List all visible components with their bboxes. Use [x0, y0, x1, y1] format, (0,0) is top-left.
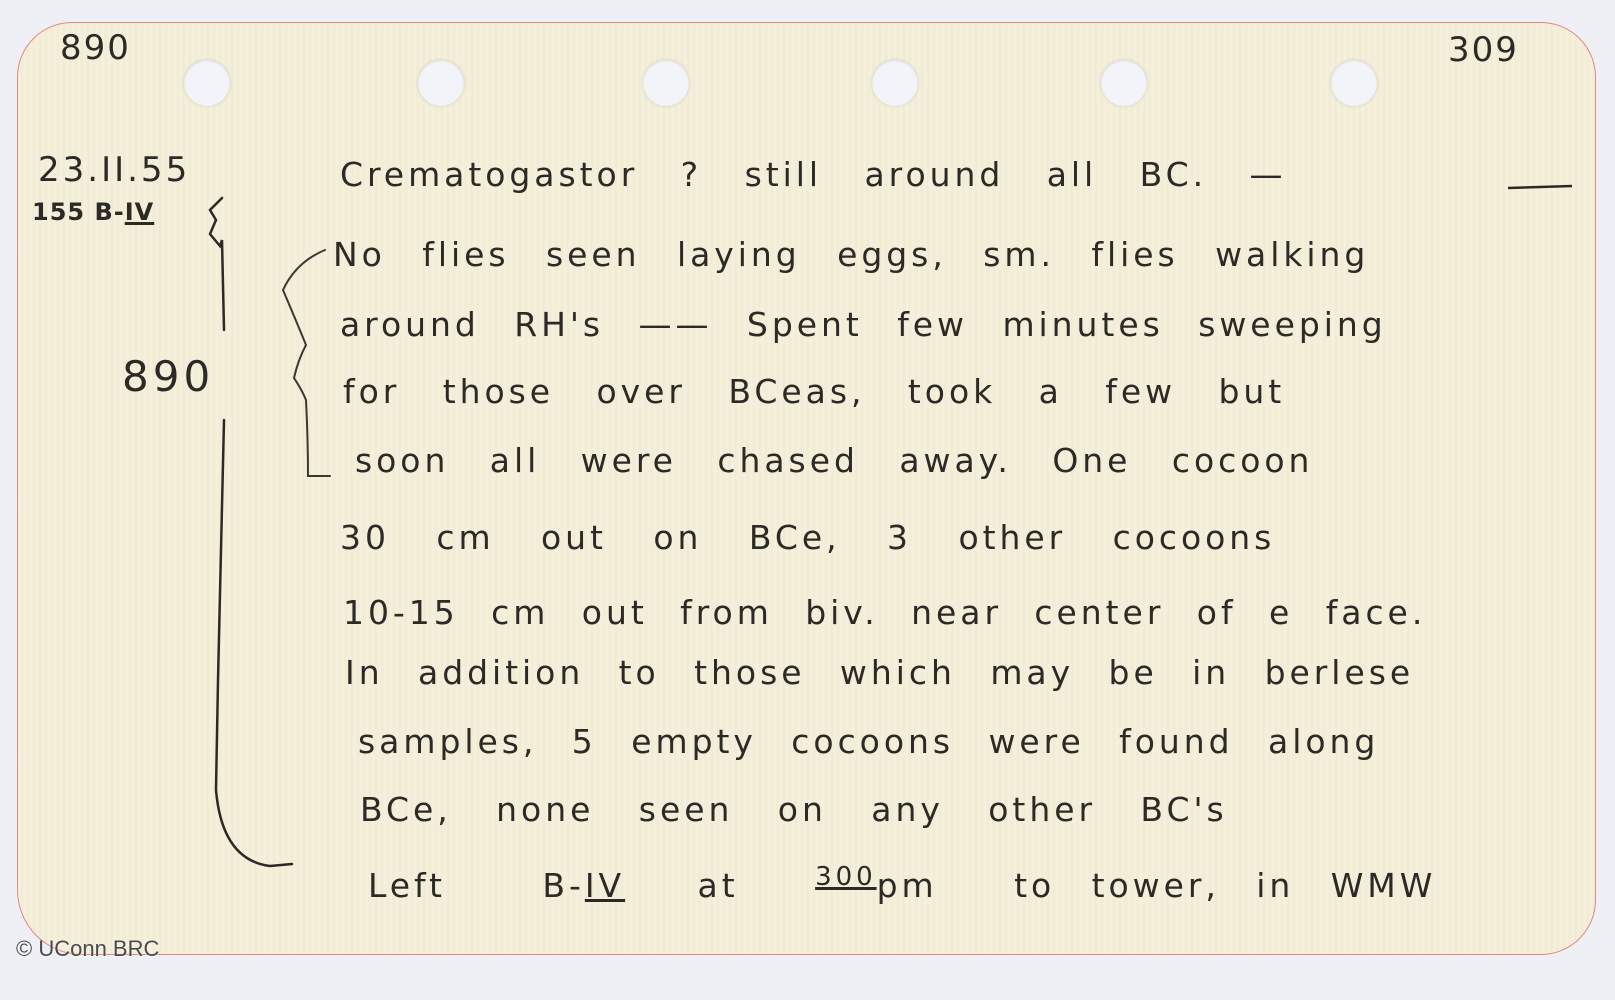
note-line-1: Crematogastor ? still around all BC. — — [340, 155, 1287, 194]
note-line-9: samples, 5 empty cocoons were found alon… — [358, 722, 1379, 761]
last-line-pm: pm — [877, 866, 938, 905]
last-line-rest: to tower, in WMW — [1014, 866, 1436, 905]
last-line-left: Left — [368, 866, 446, 905]
note-line-2: No flies seen laying eggs, sm. flies wal… — [333, 235, 1369, 274]
note-line-3: around RH's —— Spent few minutes sweepin… — [340, 305, 1387, 344]
last-line-station-roman: IV — [585, 866, 625, 905]
note-line-8: In addition to those which may be in ber… — [345, 653, 1414, 692]
note-line-11: Left B-IV at 300pm to tower, in WMW — [368, 862, 1436, 905]
note-line-5: soon all were chased away. One cocoon — [355, 441, 1313, 480]
note-line-6: 30 cm out on BCe, 3 other cocoons — [340, 518, 1275, 557]
last-line-time: 300 — [815, 862, 877, 892]
note-line-7: 10-15 cm out from biv. near center of e … — [343, 593, 1426, 632]
last-line-station: B- — [542, 866, 584, 905]
bracket-marks — [0, 0, 1615, 1000]
copyright-notice: © UConn BRC — [16, 936, 159, 962]
note-line-10: BCe, none seen on any other BC's — [360, 790, 1228, 829]
last-line-at: at — [698, 866, 739, 905]
note-line-4: for those over BCeas, took a few but — [343, 372, 1285, 411]
